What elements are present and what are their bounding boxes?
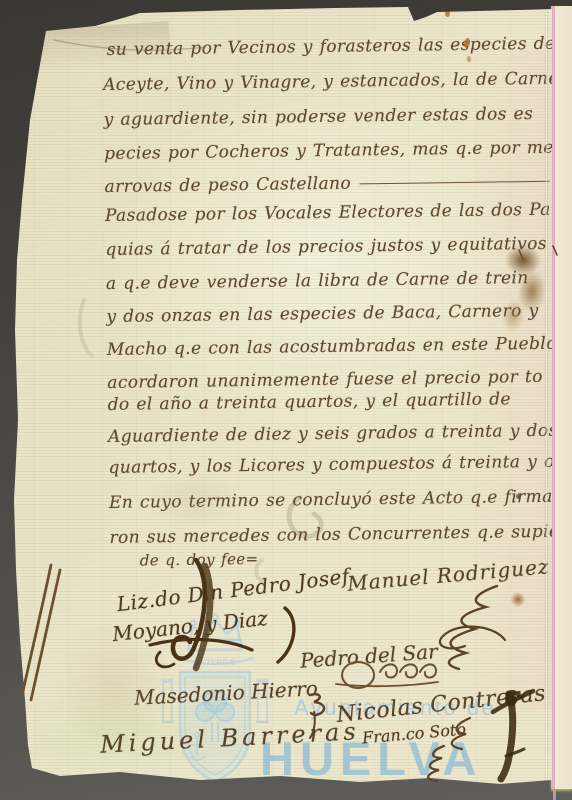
manuscript-line: a q.e deve venderse la libra de Carne de… [106, 268, 529, 294]
manuscript-line: de q. doy fee= [140, 550, 259, 570]
manuscript-text-block: su venta por Vecinos y forasteros las es… [102, 0, 560, 600]
manuscript-line: y dos onzas en las especies de Baca, Car… [106, 301, 538, 327]
manuscript-page: ET TERRÆ Ayuntamiento de HUELVA su venta… [0, 0, 572, 800]
manuscript-line: Aguardiente de diez y seis grados a trei… [108, 421, 558, 447]
adjacent-page-ribbon [553, 789, 556, 800]
manuscript-line: Macho q.e con las acostumbradas en este … [107, 334, 557, 360]
manuscript-line: pecies por Cocheros y Tratantes, mas q.e… [104, 137, 572, 164]
manuscript-line: Aceyte, Vino y Vinagre, y estancados, la… [103, 69, 565, 95]
manuscript-line: arrovas de peso Castellano [104, 171, 549, 197]
manuscript-line: y aguardiente, sin poderse vender estas … [104, 104, 534, 130]
archive-photo-scene: ET TERRÆ Ayuntamiento de HUELVA su venta… [0, 0, 572, 800]
manuscript-line: quartos, y los Licores y compuestos á tr… [108, 451, 572, 478]
adjacent-page-edge [551, 6, 572, 789]
banner-motto: ET TERRÆ [194, 658, 236, 667]
manuscript-line: En cuyo termino se concluyó este Acto q.… [109, 487, 553, 513]
ink-speck [445, 10, 450, 17]
manuscript-line: do el año a treinta quartos, y el quarti… [108, 389, 512, 415]
ink-speck [467, 56, 471, 62]
manuscript-line: ron sus mercedes con los Concurrentes q.… [109, 521, 572, 548]
ink-speck [516, 494, 520, 499]
manuscript-line: quias á tratar de los precios justos y e… [105, 234, 547, 260]
manuscript-line: su venta por Vecinos y forasteros las es… [107, 34, 556, 60]
manuscript-line: Pasadose por los Vocales Electores de la… [105, 199, 572, 226]
flourish-rule [359, 181, 549, 185]
page-fold-crease [545, 10, 548, 780]
